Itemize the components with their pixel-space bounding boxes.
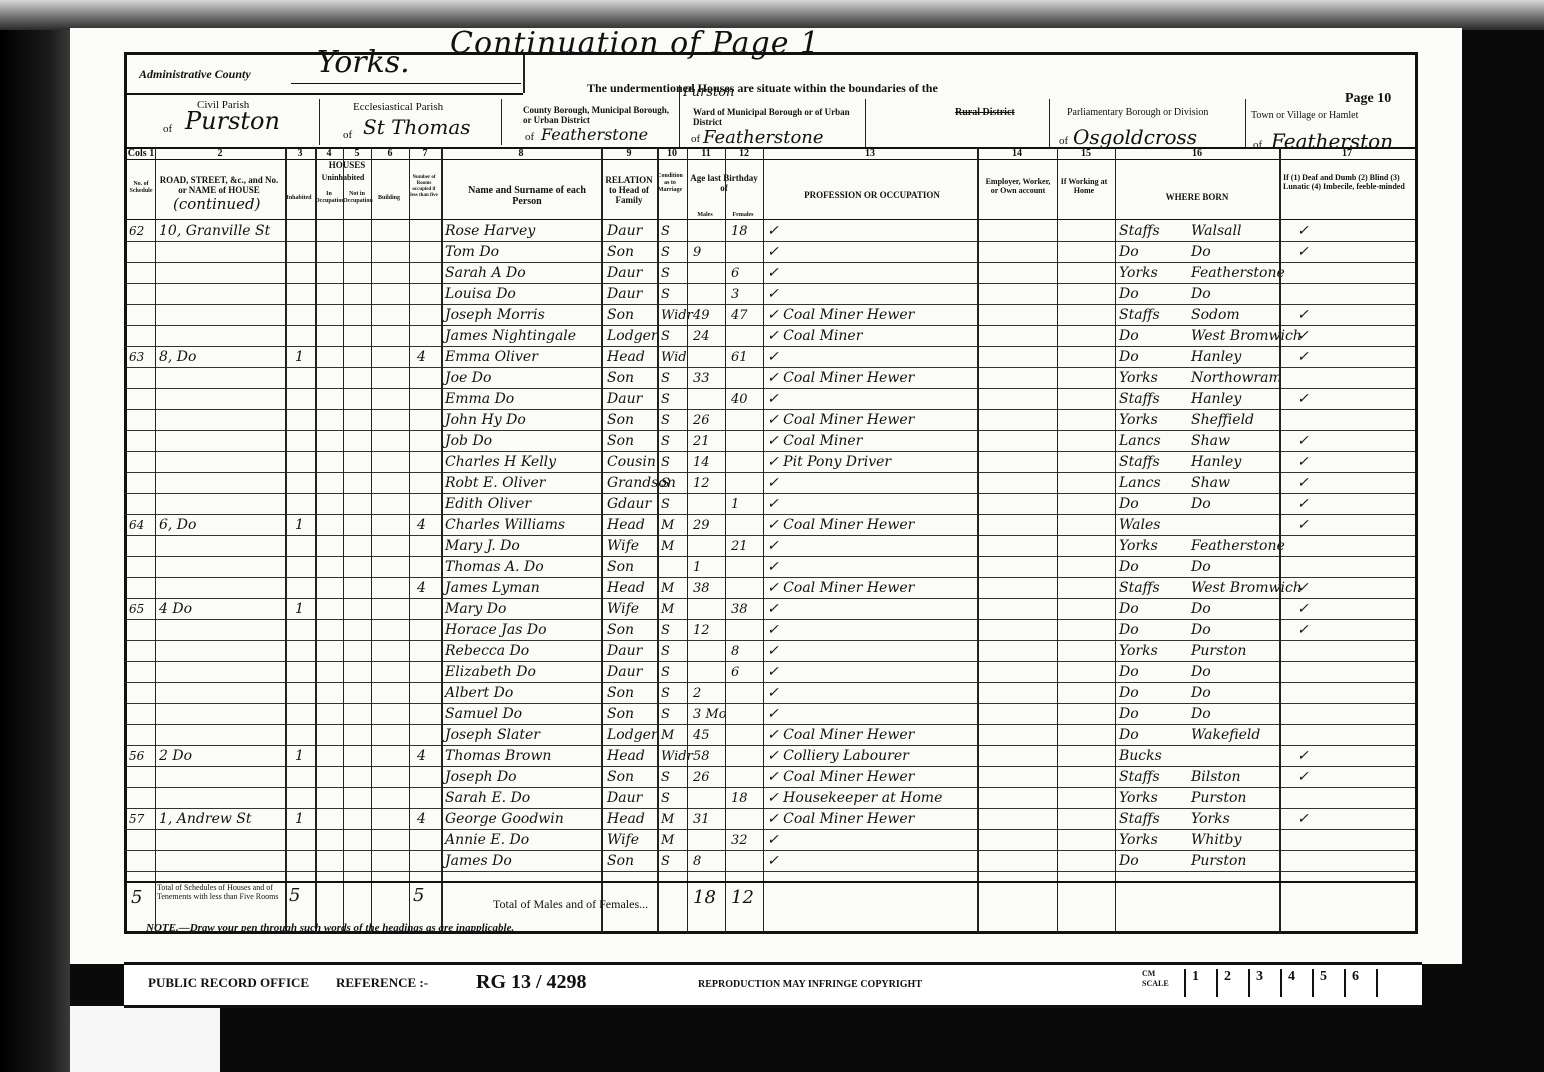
name-cell: Joseph Do xyxy=(445,767,517,788)
table-row: 562 Do14Thomas BrownHeadWidr58✓ Colliery… xyxy=(127,746,1415,767)
born-county-cell: Staffs xyxy=(1119,767,1160,788)
table-row: Thomas A. DoSon1✓DoDo xyxy=(127,557,1415,578)
county-borough-value: Featherstone xyxy=(541,125,648,144)
column-number: 3 xyxy=(285,148,315,159)
infirmity-cell: ✓ xyxy=(1297,452,1309,473)
born-county-cell: Yorks xyxy=(1119,788,1158,809)
parliamentary-value: Osgoldcross xyxy=(1073,125,1197,149)
born-county-cell: Do xyxy=(1119,725,1139,746)
schedule-cell: 65 xyxy=(129,599,144,620)
name-cell: Joe Do xyxy=(445,368,491,389)
males-total: 18 xyxy=(693,887,716,908)
condition-cell: S xyxy=(661,368,670,389)
occupation-cell: ✓ xyxy=(767,557,779,578)
occupation-cell: ✓ Housekeeper at Home xyxy=(767,788,942,809)
born-county-cell: Bucks xyxy=(1119,746,1162,767)
table-row: Edith OliverGdaurS1✓DoDo✓ xyxy=(127,494,1415,515)
column-number: 5 xyxy=(343,148,371,159)
relation-cell: Gdaur xyxy=(607,494,651,515)
relation-cell: Lodger xyxy=(607,326,658,347)
table-row: 6210, Granville StRose HarveyDaurS18✓Sta… xyxy=(127,221,1415,242)
road-cell: 10, Granville St xyxy=(159,221,270,242)
column-number: 17 xyxy=(1279,148,1415,159)
relation-cell: Wife xyxy=(607,536,639,557)
occupation-cell: ✓ Coal Miner xyxy=(767,431,862,452)
column-number: 2 xyxy=(155,148,285,159)
born-county-cell: Do xyxy=(1119,851,1139,872)
col-at-home-header: If Working at Home xyxy=(1059,177,1109,195)
male-age-cell: 1 xyxy=(693,557,701,578)
female-age-cell: 1 xyxy=(731,494,739,515)
table-row: Joe DoSonS33✓ Coal Miner HewerYorksNorth… xyxy=(127,368,1415,389)
male-age-cell: 2 xyxy=(693,683,701,704)
name-cell: Sarah A Do xyxy=(445,263,526,284)
schedules-total-label: Total of Schedules of Houses and of Tene… xyxy=(157,883,281,901)
born-place-cell: Do xyxy=(1191,599,1211,620)
male-age-cell: 33 xyxy=(693,368,710,389)
male-age-cell: 26 xyxy=(693,410,710,431)
table-row: Robt E. OliverGrandsonS12✓LancsShaw✓ xyxy=(127,473,1415,494)
female-age-cell: 18 xyxy=(731,221,748,242)
condition-cell: M xyxy=(661,578,674,599)
col-building-header: Building xyxy=(371,195,407,202)
born-place-cell: Hanley xyxy=(1191,452,1241,473)
administrative-county-label: Administrative County xyxy=(139,67,251,82)
female-age-cell: 61 xyxy=(731,347,748,368)
occupation-cell: ✓ xyxy=(767,389,779,410)
copyright-notice: REPRODUCTION MAY INFRINGE COPYRIGHT xyxy=(698,979,922,990)
office-label: PUBLIC RECORD OFFICE xyxy=(148,975,309,991)
ward-note: Purston xyxy=(683,85,734,100)
condition-cell: S xyxy=(661,704,670,725)
relation-cell: Head xyxy=(607,578,645,599)
column-divider xyxy=(687,148,688,933)
page-number: Page 10 xyxy=(1345,91,1391,107)
born-county-cell: Do xyxy=(1119,326,1139,347)
male-age-cell: 12 xyxy=(693,620,710,641)
born-county-cell: Staffs xyxy=(1119,452,1160,473)
name-cell: Edith Oliver xyxy=(445,494,531,515)
occupation-cell: ✓ Coal Miner xyxy=(767,326,862,347)
column-number: 9 xyxy=(601,148,657,159)
reference-label: REFERENCE :- xyxy=(336,975,428,991)
relation-cell: Head xyxy=(607,515,645,536)
male-age-cell: 3 Mo xyxy=(693,704,727,725)
born-county-cell: Wales xyxy=(1119,515,1160,536)
infirmity-cell: ✓ xyxy=(1297,347,1309,368)
born-place-cell: Do xyxy=(1191,683,1211,704)
born-county-cell: Yorks xyxy=(1119,641,1158,662)
col-age-header: Age last Birthday of xyxy=(687,173,761,193)
name-cell: Thomas A. Do xyxy=(445,557,544,578)
born-county-cell: Staffs xyxy=(1119,578,1160,599)
born-county-cell: Yorks xyxy=(1119,368,1158,389)
col-relation-header: RELATION to Head of Family xyxy=(601,175,657,205)
col-rooms-header: Number of Rooms occupied if less than fi… xyxy=(409,175,439,199)
of-label: of xyxy=(343,129,352,141)
table-row: Louisa DoDaurS3✓DoDo xyxy=(127,284,1415,305)
born-county-cell: Staffs xyxy=(1119,221,1160,242)
occupation-cell: ✓ Coal Miner Hewer xyxy=(767,515,914,536)
infirmity-cell: ✓ xyxy=(1297,221,1309,242)
relation-cell: Son xyxy=(607,431,634,452)
occupation-cell: ✓ xyxy=(767,830,779,851)
col-inhabited-header: Inhabited xyxy=(285,195,313,202)
occupation-cell: ✓ Colliery Labourer xyxy=(767,746,909,767)
born-county-cell: Lancs xyxy=(1119,473,1161,494)
table-row: Sarah E. DoDaurS18✓ Housekeeper at HomeY… xyxy=(127,788,1415,809)
table-row: Horace Jas DoSonS12✓DoDo✓ xyxy=(127,620,1415,641)
relation-cell: Cousin xyxy=(607,452,656,473)
name-cell: Albert Do xyxy=(445,683,513,704)
table-row: Job DoSonS21✓ Coal MinerLancsShaw✓ xyxy=(127,431,1415,452)
condition-cell: S xyxy=(661,263,670,284)
name-cell: Louisa Do xyxy=(445,284,516,305)
column-number: 11 xyxy=(687,148,725,159)
female-age-cell: 6 xyxy=(731,662,739,683)
female-age-cell: 8 xyxy=(731,641,739,662)
table-row: Annie E. DoWifeM32✓YorksWhitby xyxy=(127,830,1415,851)
column-divider xyxy=(657,148,659,933)
column-number: 12 xyxy=(725,148,763,159)
col-where-born-header: WHERE BORN xyxy=(1117,193,1277,202)
name-cell: James Lyman xyxy=(445,578,540,599)
table-row: 654 Do1Mary DoWifeM38✓DoDo✓ xyxy=(127,599,1415,620)
born-place-cell: Northowram xyxy=(1191,368,1282,389)
born-place-cell: Sheffield xyxy=(1191,410,1254,431)
male-age-cell: 14 xyxy=(693,452,710,473)
infirmity-cell: ✓ xyxy=(1297,515,1309,536)
born-county-cell: Yorks xyxy=(1119,830,1158,851)
condition-cell: M xyxy=(661,599,674,620)
scale-mark: 2 xyxy=(1216,969,1248,997)
condition-cell: S xyxy=(661,662,670,683)
condition-cell: S xyxy=(661,620,670,641)
name-cell: Tom Do xyxy=(445,242,499,263)
name-cell: Emma Do xyxy=(445,389,514,410)
male-age-cell: 58 xyxy=(693,746,710,767)
col-schedule-header: No. of Schedule xyxy=(127,181,155,195)
occupation-cell: ✓ xyxy=(767,263,779,284)
table-row: Emma DoDaurS40✓StaffsHanley✓ xyxy=(127,389,1415,410)
condition-cell: S xyxy=(661,767,670,788)
inhabited-cell: 1 xyxy=(295,515,304,536)
table-row: 571, Andrew St14George GoodwinHeadM31✓ C… xyxy=(127,809,1415,830)
relation-cell: Son xyxy=(607,767,634,788)
born-county-cell: Yorks xyxy=(1119,536,1158,557)
administrative-county-value: Yorks. xyxy=(317,45,410,80)
column-divider xyxy=(315,148,317,933)
table-row: James NightingaleLodgerS24✓ Coal MinerDo… xyxy=(127,326,1415,347)
born-county-cell: Do xyxy=(1119,599,1139,620)
occupation-cell: ✓ xyxy=(767,221,779,242)
female-age-cell: 32 xyxy=(731,830,748,851)
county-borough-label: County Borough, Municipal Borough, or Ur… xyxy=(523,105,673,125)
condition-cell: M xyxy=(661,725,674,746)
relation-cell: Head xyxy=(607,746,645,767)
name-cell: Samuel Do xyxy=(445,704,522,725)
of-label: of xyxy=(691,133,700,145)
table-row: Rebecca DoDaurS8✓YorksPurston xyxy=(127,641,1415,662)
ecclesiastical-parish-label: Ecclesiastical Parish xyxy=(353,101,443,113)
column-divider xyxy=(977,148,979,933)
road-cell: 8, Do xyxy=(159,347,196,368)
inhabited-cell: 1 xyxy=(295,347,304,368)
inhabited-cell: 1 xyxy=(295,809,304,830)
born-place-cell: Do xyxy=(1191,557,1211,578)
infirmity-cell: ✓ xyxy=(1297,494,1309,515)
col-road-note: (continued) xyxy=(173,195,260,213)
relation-cell: Son xyxy=(607,242,634,263)
col-road-header: ROAD, STREET, &c., and No. or NAME of HO… xyxy=(157,175,281,195)
table-row: 638, Do14Emma OliverHeadWid61✓DoHanley✓ xyxy=(127,347,1415,368)
born-place-cell: Bilston xyxy=(1191,767,1241,788)
condition-cell: S xyxy=(661,494,670,515)
record-office-footer: PUBLIC RECORD OFFICE REFERENCE :- RG 13 … xyxy=(124,962,1422,1008)
column-number: 15 xyxy=(1057,148,1115,159)
row-rule xyxy=(127,871,1415,872)
name-cell: Annie E. Do xyxy=(445,830,529,851)
condition-cell: M xyxy=(661,515,674,536)
born-county-cell: Do xyxy=(1119,704,1139,725)
occupation-cell: ✓ Coal Miner Hewer xyxy=(767,368,914,389)
condition-cell: Widr xyxy=(661,746,693,767)
born-county-cell: Do xyxy=(1119,557,1139,578)
road-cell: 4 Do xyxy=(159,599,192,620)
table-row: Sarah A DoDaurS6✓YorksFeatherstone xyxy=(127,263,1415,284)
occupation-cell: ✓ xyxy=(767,347,779,368)
column-number: 13 xyxy=(763,148,977,159)
relation-cell: Son xyxy=(607,368,634,389)
column-number: 7 xyxy=(409,148,441,159)
female-age-cell: 21 xyxy=(731,536,748,557)
name-cell: Charles H Kelly xyxy=(445,452,556,473)
male-age-cell: 31 xyxy=(693,809,710,830)
born-place-cell: Do xyxy=(1191,620,1211,641)
born-place-cell: Yorks xyxy=(1191,809,1230,830)
table-row: 4James LymanHeadM38✓ Coal Miner HewerSta… xyxy=(127,578,1415,599)
table-row: Joseph DoSonS26✓ Coal Miner HewerStaffsB… xyxy=(127,767,1415,788)
occupation-cell: ✓ xyxy=(767,704,779,725)
female-age-cell: 38 xyxy=(731,599,748,620)
born-place-cell: Purston xyxy=(1191,641,1246,662)
cm-scale-label: CM SCALE xyxy=(1142,969,1172,989)
infirmity-cell: ✓ xyxy=(1297,578,1309,599)
name-cell: Rose Harvey xyxy=(445,221,535,242)
occupation-cell: ✓ xyxy=(767,641,779,662)
col-condition-header: Condition as to Marriage xyxy=(657,173,683,194)
born-place-cell: Do xyxy=(1191,242,1211,263)
born-place-cell: Featherstone xyxy=(1191,263,1285,284)
condition-cell: S xyxy=(661,788,670,809)
born-place-cell: Sodom xyxy=(1191,305,1240,326)
column-number: Cols 1 xyxy=(127,148,155,159)
born-county-cell: Do xyxy=(1119,347,1139,368)
table-row: 646, Do14Charles WilliamsHeadM29✓ Coal M… xyxy=(127,515,1415,536)
condition-cell: S xyxy=(661,221,670,242)
condition-cell: S xyxy=(661,242,670,263)
table-row: Joseph SlaterLodgerM45✓ Coal Miner Hewer… xyxy=(127,725,1415,746)
infirmity-cell: ✓ xyxy=(1297,431,1309,452)
rooms-cell: 4 xyxy=(417,578,426,599)
occupation-cell: ✓ Coal Miner Hewer xyxy=(767,578,914,599)
born-county-cell: Lancs xyxy=(1119,431,1161,452)
occupation-cell: ✓ xyxy=(767,494,779,515)
name-cell: Job Do xyxy=(445,431,492,452)
infirmity-cell: ✓ xyxy=(1297,767,1309,788)
born-place-cell: Hanley xyxy=(1191,347,1241,368)
column-number: 10 xyxy=(657,148,687,159)
reference-value: RG 13 / 4298 xyxy=(476,971,587,994)
female-age-cell: 6 xyxy=(731,263,739,284)
relation-cell: Daur xyxy=(607,662,642,683)
occupation-cell: ✓ Coal Miner Hewer xyxy=(767,809,914,830)
condition-cell: M xyxy=(661,809,674,830)
male-age-cell: 29 xyxy=(693,515,710,536)
condition-cell: M xyxy=(661,830,674,851)
road-cell: 6, Do xyxy=(159,515,196,536)
male-age-cell: 24 xyxy=(693,326,710,347)
born-county-cell: Do xyxy=(1119,683,1139,704)
male-age-cell: 38 xyxy=(693,578,710,599)
column-divider xyxy=(441,148,443,933)
name-cell: Charles Williams xyxy=(445,515,565,536)
relation-cell: Head xyxy=(607,809,645,830)
table-row: James DoSonS8✓DoPurston xyxy=(127,851,1415,872)
name-cell: Thomas Brown xyxy=(445,746,551,767)
relation-cell: Wife xyxy=(607,830,639,851)
condition-cell: Wid xyxy=(661,347,687,368)
col-infirmity-header: If (1) Deaf and Dumb (2) Blind (3) Lunat… xyxy=(1283,173,1411,191)
name-cell: Sarah E. Do xyxy=(445,788,530,809)
scan-left-shadow xyxy=(0,30,70,1072)
born-county-cell: Do xyxy=(1119,242,1139,263)
occupation-cell: ✓ xyxy=(767,242,779,263)
column-divider xyxy=(155,148,156,933)
column-divider xyxy=(725,148,726,933)
column-number: 8 xyxy=(441,148,601,159)
infirmity-cell: ✓ xyxy=(1297,473,1309,494)
schedules-count: 5 xyxy=(131,887,142,908)
born-place-cell: Purston xyxy=(1191,851,1246,872)
table-row: Albert DoSonS2✓DoDo xyxy=(127,683,1415,704)
females-total: 12 xyxy=(731,887,754,908)
born-place-cell: Do xyxy=(1191,494,1211,515)
column-divider xyxy=(371,148,372,933)
occupation-cell: ✓ xyxy=(767,662,779,683)
scale-mark: 4 xyxy=(1280,969,1312,997)
born-place-cell: Hanley xyxy=(1191,389,1241,410)
schedule-cell: 62 xyxy=(129,221,144,242)
condition-cell: M xyxy=(661,536,674,557)
born-place-cell: West Bromwich xyxy=(1191,326,1302,347)
infirmity-cell: ✓ xyxy=(1297,599,1309,620)
name-cell: James Nightingale xyxy=(445,326,576,347)
relation-cell: Daur xyxy=(607,641,642,662)
of-label: of xyxy=(163,123,172,135)
census-form: Administrative County Yorks. The underme… xyxy=(124,52,1418,934)
born-county-cell: Staffs xyxy=(1119,809,1160,830)
column-divider xyxy=(409,148,410,933)
born-county-cell: Staffs xyxy=(1119,305,1160,326)
scale-mark: 6 xyxy=(1344,969,1376,997)
born-place-cell: Shaw xyxy=(1191,431,1230,452)
male-age-cell: 12 xyxy=(693,473,710,494)
relation-cell: Son xyxy=(607,704,634,725)
relation-cell: Daur xyxy=(607,284,642,305)
name-cell: James Do xyxy=(445,851,512,872)
schedule-cell: 63 xyxy=(129,347,144,368)
rooms-cell: 4 xyxy=(417,746,426,767)
intro-text: The undermentioned Houses are situate wi… xyxy=(587,81,938,96)
scale-end xyxy=(1376,969,1408,997)
relation-cell: Son xyxy=(607,410,634,431)
infirmity-cell: ✓ xyxy=(1297,326,1309,347)
female-age-cell: 18 xyxy=(731,788,748,809)
town-label: Town or Village or Hamlet xyxy=(1251,111,1421,120)
occupation-cell: ✓ xyxy=(767,536,779,557)
infirmity-cell: ✓ xyxy=(1297,809,1309,830)
col-in-occupation-header: In Occupation xyxy=(315,191,343,205)
condition-cell: S xyxy=(661,431,670,452)
occupation-cell: ✓ xyxy=(767,599,779,620)
table-row: John Hy DoSonS26✓ Coal Miner HewerYorksS… xyxy=(127,410,1415,431)
name-cell: Joseph Slater xyxy=(445,725,540,746)
relation-cell: Son xyxy=(607,557,634,578)
condition-cell: S xyxy=(661,851,670,872)
column-number: 14 xyxy=(977,148,1057,159)
relation-cell: Daur xyxy=(607,221,642,242)
occupation-cell: ✓ xyxy=(767,620,779,641)
condition-cell: S xyxy=(661,326,670,347)
occupation-cell: ✓ Pit Pony Driver xyxy=(767,452,891,473)
male-age-cell: 21 xyxy=(693,431,710,452)
born-place-cell: West Bromwich xyxy=(1191,578,1302,599)
occupation-cell: ✓ Coal Miner Hewer xyxy=(767,725,914,746)
name-cell: Joseph Morris xyxy=(445,305,545,326)
female-age-cell: 3 xyxy=(731,284,739,305)
schedule-cell: 56 xyxy=(129,746,144,767)
occupation-cell: ✓ xyxy=(767,473,779,494)
scan-paper-corner xyxy=(70,1006,220,1072)
column-number: 4 xyxy=(315,148,343,159)
persons-total-label: Total of Males and of Females... xyxy=(493,897,648,912)
infirmity-cell: ✓ xyxy=(1297,305,1309,326)
male-age-cell: 8 xyxy=(693,851,701,872)
table-row: Charles H KellyCousinS14✓ Pit Pony Drive… xyxy=(127,452,1415,473)
road-cell: 2 Do xyxy=(159,746,192,767)
ward-label: Ward of Municipal Borough or of Urban Di… xyxy=(693,107,853,127)
scale-mark: 3 xyxy=(1248,969,1280,997)
table-row: Tom DoSonS9✓DoDo✓ xyxy=(127,242,1415,263)
column-divider xyxy=(1057,148,1058,933)
civil-parish-value: Purston xyxy=(185,107,280,135)
name-cell: John Hy Do xyxy=(445,410,526,431)
occupation-cell: ✓ Coal Miner Hewer xyxy=(767,767,914,788)
infirmity-cell: ✓ xyxy=(1297,746,1309,767)
occupation-cell: ✓ xyxy=(767,683,779,704)
female-age-cell: 40 xyxy=(731,389,748,410)
column-divider xyxy=(763,148,764,933)
name-cell: Mary Do xyxy=(445,599,506,620)
inhabited-total: 5 xyxy=(289,885,300,906)
name-cell: Elizabeth Do xyxy=(445,662,536,683)
column-divider xyxy=(1115,148,1116,933)
relation-cell: Son xyxy=(607,851,634,872)
born-place-cell: Do xyxy=(1191,662,1211,683)
name-cell: George Goodwin xyxy=(445,809,564,830)
ward-value: Featherstone xyxy=(703,127,824,148)
